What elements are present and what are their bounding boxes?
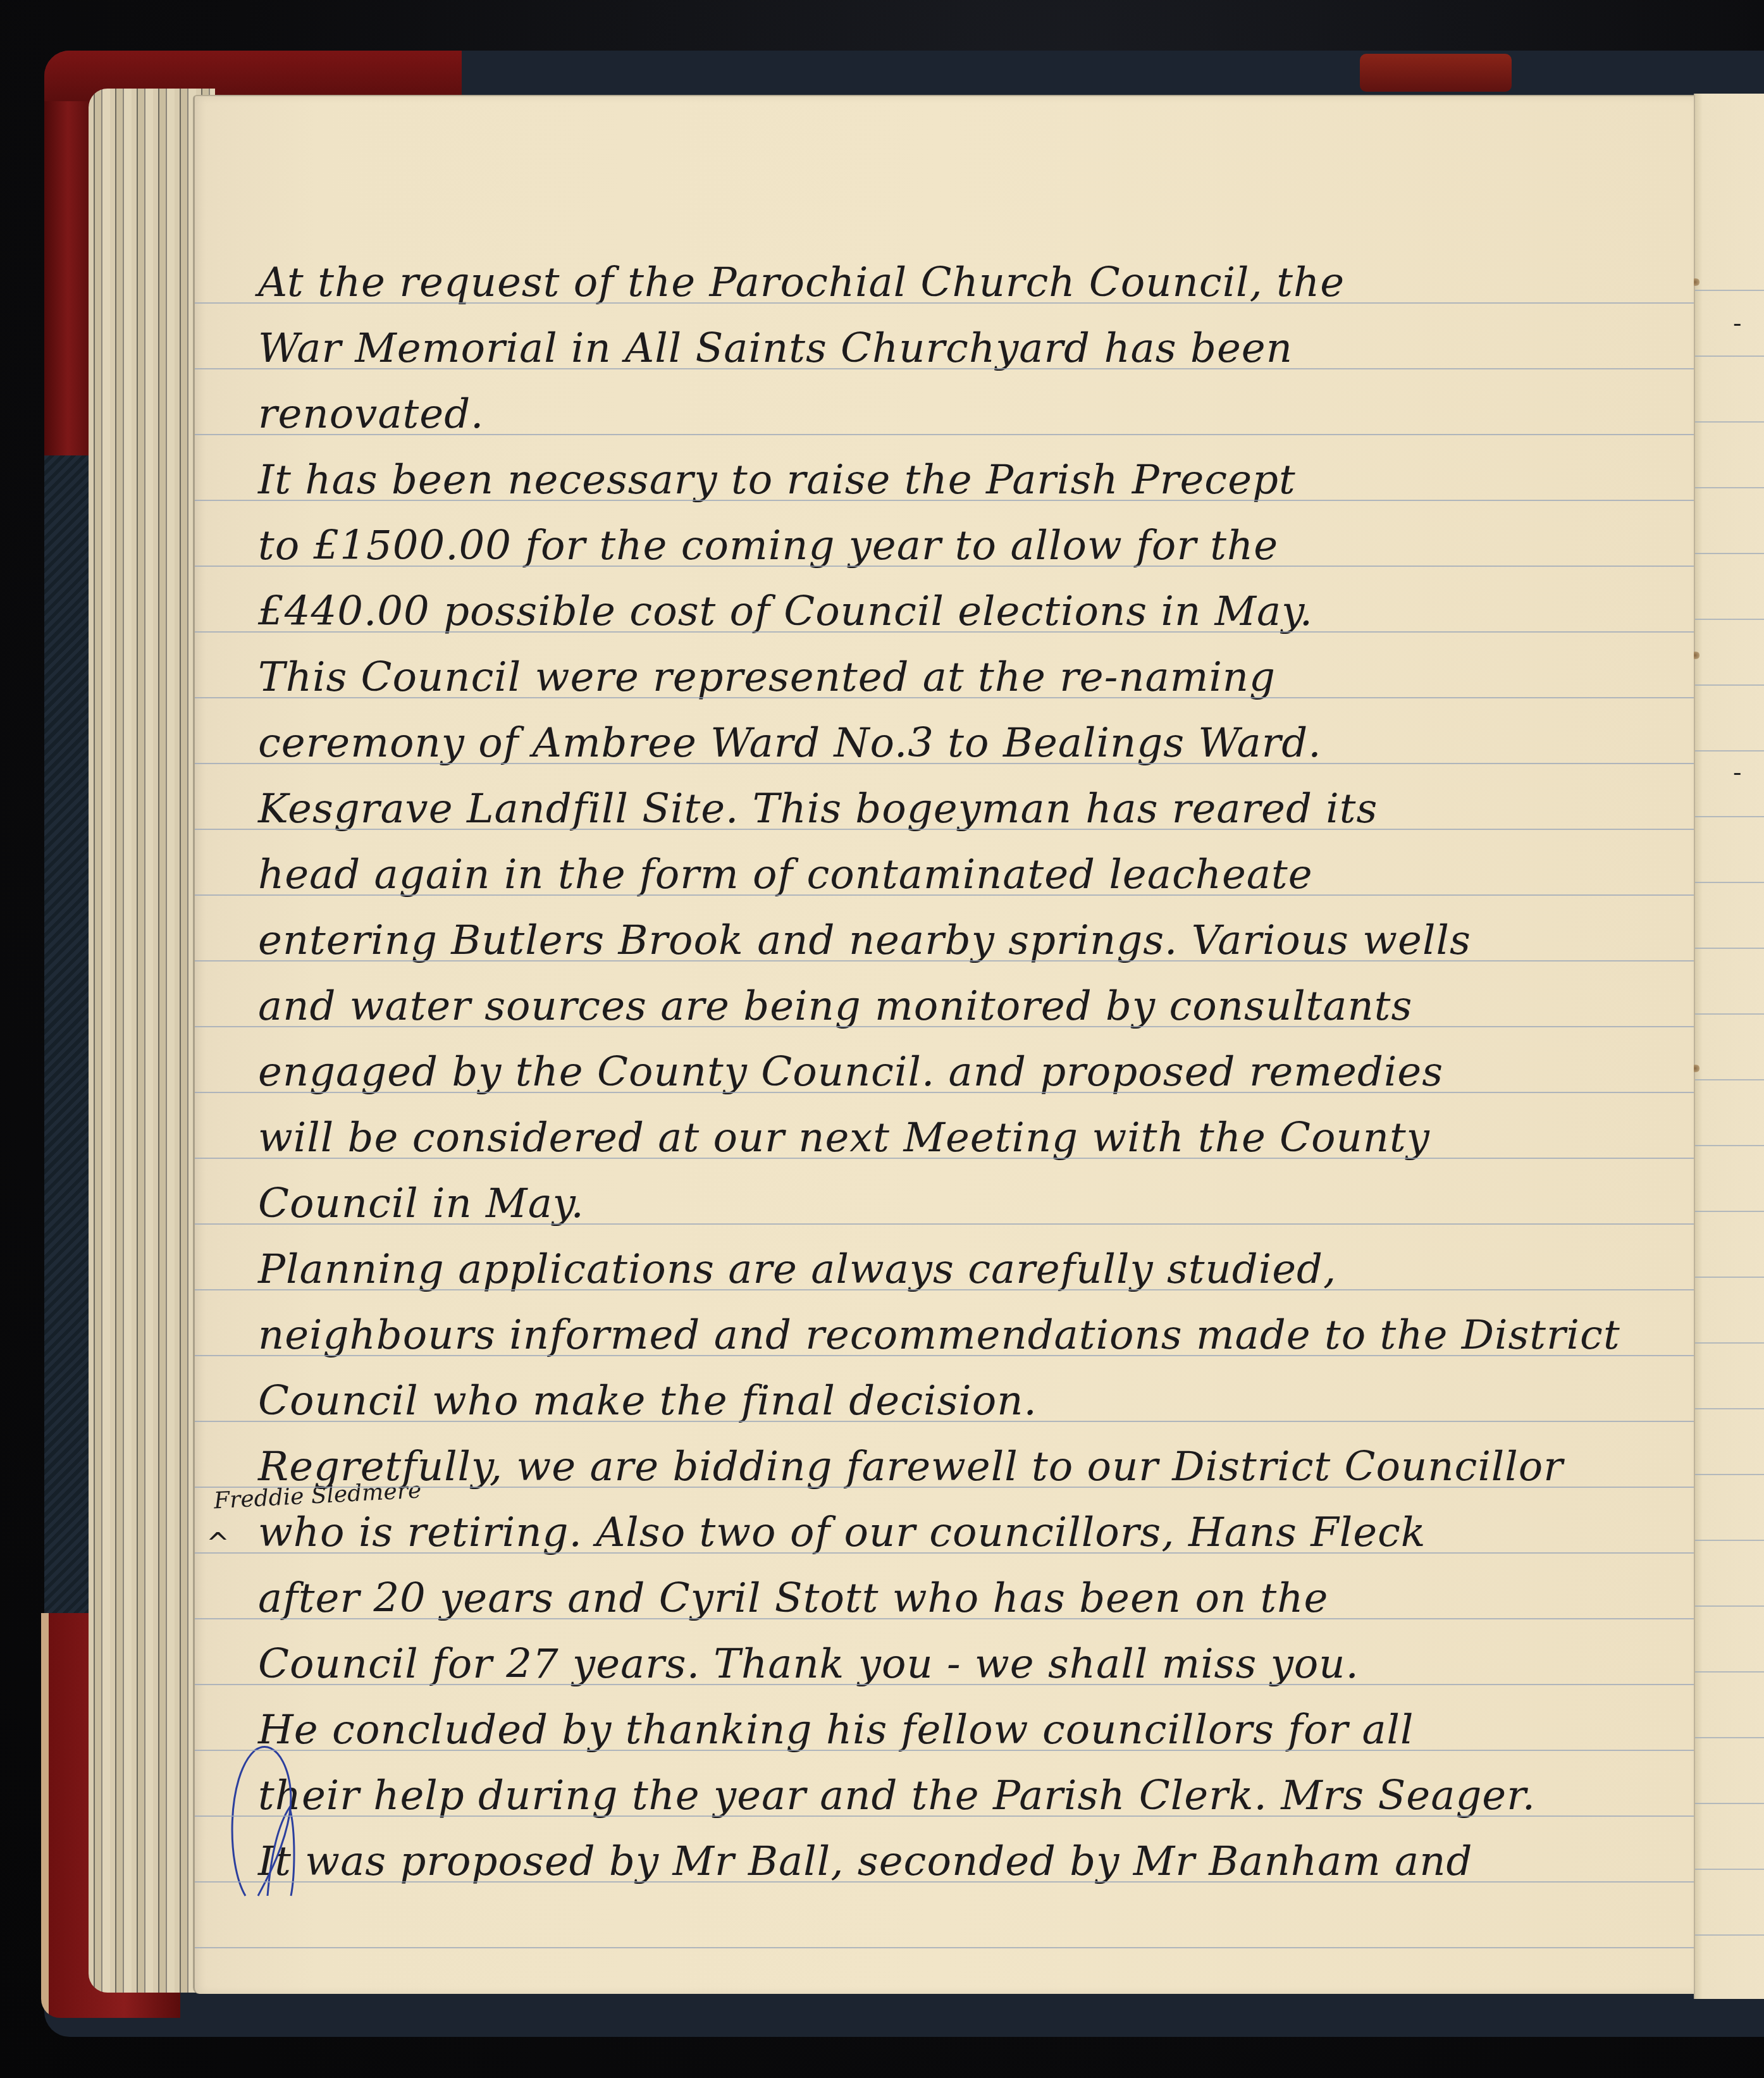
ruled-line — [1695, 619, 1764, 620]
ruled-line — [195, 368, 1694, 369]
text-line: after 20 years and Cyril Stott who has b… — [258, 1575, 1328, 1622]
ruled-line — [195, 1684, 1694, 1685]
text-line: Planning applications are always careful… — [258, 1246, 1336, 1293]
ruled-line — [195, 1026, 1694, 1027]
ruled-line — [1695, 1079, 1764, 1080]
ruled-line — [1695, 1277, 1764, 1278]
text-line: £440.00 possible cost of Council electio… — [258, 588, 1313, 635]
facing-page: - - — [1694, 94, 1764, 1999]
text-line: their help during the year and the Paris… — [258, 1772, 1536, 1819]
ruled-line — [1695, 1145, 1764, 1146]
ruled-line — [195, 434, 1694, 435]
text-line: Council for 27 years. Thank you - we sha… — [258, 1641, 1359, 1688]
text-line: He concluded by thanking his fellow coun… — [258, 1707, 1414, 1753]
ruled-line — [1695, 1540, 1764, 1541]
text-line: engaged by the County Council. and propo… — [258, 1049, 1443, 1096]
text-line: will be considered at our next Meeting w… — [258, 1115, 1430, 1161]
ruled-line — [1695, 487, 1764, 488]
ruled-line — [1695, 421, 1764, 423]
text-line: entering Butlers Brook and nearby spring… — [258, 917, 1471, 964]
text-line: War Memorial in All Saints Churchyard ha… — [258, 325, 1293, 372]
ruled-line — [195, 1750, 1694, 1751]
ruled-line — [195, 1223, 1694, 1225]
ruled-line — [1695, 816, 1764, 817]
ruled-line — [195, 1618, 1694, 1619]
margin-initials-icon — [220, 1738, 321, 1902]
ruled-line — [195, 1881, 1694, 1883]
ruled-line — [1695, 1605, 1764, 1607]
text-line: Council who make the final decision. — [258, 1378, 1037, 1425]
ruled-line — [195, 697, 1694, 698]
ruled-line — [195, 566, 1694, 567]
text-line: head again in the form of contaminated l… — [258, 851, 1313, 898]
text-line: This Council were represented at the re-… — [258, 654, 1276, 701]
ruled-line — [195, 1421, 1694, 1422]
ruled-line — [1695, 882, 1764, 883]
ruled-line — [1695, 750, 1764, 751]
ruled-line — [195, 1947, 1694, 1948]
ruled-line — [195, 829, 1694, 830]
ruled-line — [1695, 290, 1764, 291]
cover-leather-corner-top — [44, 51, 92, 455]
ruled-line — [1695, 1474, 1764, 1475]
text-line: who is retiring. Also two of our council… — [258, 1509, 1426, 1556]
text-line: Regretfully, we are bidding farewell to … — [258, 1444, 1564, 1490]
text-line: ceremony of Ambree Ward No.3 to Bealings… — [258, 720, 1322, 767]
ruled-line — [1695, 1211, 1764, 1212]
facing-page-mark: - — [1733, 309, 1742, 338]
ruled-line — [1695, 1934, 1764, 1936]
text-line: It has been necessary to raise the Paris… — [258, 457, 1296, 504]
ruled-line — [1695, 1803, 1764, 1804]
ruled-line — [1695, 1869, 1764, 1870]
ruled-line — [1695, 1671, 1764, 1673]
ruled-line — [195, 1487, 1694, 1488]
text-line: and water sources are being monitored by… — [258, 983, 1412, 1030]
cover-cloth-side — [44, 455, 89, 1613]
ruled-line — [195, 500, 1694, 501]
ruled-line — [195, 894, 1694, 896]
ruled-line — [195, 631, 1694, 633]
insertion-caret: ^ — [206, 1527, 230, 1559]
cover-leather-torn-edge — [1360, 54, 1512, 92]
ruled-line — [1695, 1342, 1764, 1344]
ruled-line — [1695, 948, 1764, 949]
ruled-line — [1695, 684, 1764, 686]
text-line: renovated. — [258, 391, 484, 438]
interlinear-insertion: Freddie Sledmere — [213, 1477, 422, 1514]
ruled-line — [1695, 1408, 1764, 1409]
ruled-line — [195, 960, 1694, 962]
ruled-line — [1695, 553, 1764, 554]
text-line: neighbours informed and recommendations … — [258, 1312, 1620, 1359]
ruled-line — [195, 1289, 1694, 1290]
ruled-line — [1695, 1013, 1764, 1015]
minute-book-page: At the request of the Parochial Church C… — [193, 95, 1694, 1994]
ruled-line — [195, 302, 1694, 304]
ruled-line — [195, 1815, 1694, 1817]
text-line: Kesgrave Landfill Site. This bogeyman ha… — [258, 786, 1378, 832]
ruled-line — [195, 1552, 1694, 1554]
text-line: Council in May. — [258, 1180, 584, 1227]
text-line: At the request of the Parochial Church C… — [258, 259, 1345, 306]
ruled-line — [195, 763, 1694, 764]
ruled-line — [195, 1355, 1694, 1356]
ruled-line — [195, 1158, 1694, 1159]
facing-page-mark: - — [1733, 758, 1742, 787]
text-line: It was proposed by Mr Ball, seconded by … — [258, 1838, 1472, 1885]
text-line: to £1500.00 for the coming year to allow… — [258, 523, 1278, 569]
ruled-line — [1695, 356, 1764, 357]
ruled-line — [1695, 1737, 1764, 1738]
ruled-line — [195, 1092, 1694, 1093]
